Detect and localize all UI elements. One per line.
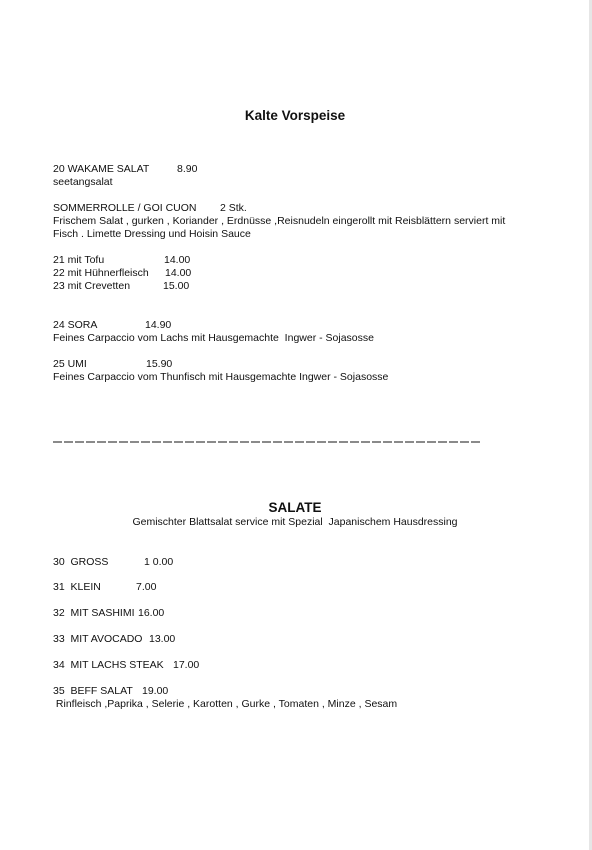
item-price: 1 0.00 xyxy=(144,556,173,569)
item-name: 30 GROSS xyxy=(53,556,108,569)
menu-page: Kalte Vorspeise 20 WAKAME SALAT 8.90 see… xyxy=(0,0,590,850)
item-name: 20 WAKAME SALAT xyxy=(53,163,149,176)
section-subtitle: Gemischter Blattsalat service mit Spezia… xyxy=(0,516,590,529)
item-price: 13.00 xyxy=(149,633,175,646)
item-price: 14.90 xyxy=(145,319,171,332)
variant-name: 23 mit Crevetten xyxy=(53,280,130,293)
item-price: 15.90 xyxy=(146,358,172,371)
item-price: 16.00 xyxy=(138,607,164,620)
item-description: seetangsalat xyxy=(53,176,113,189)
item-price: 8.90 xyxy=(177,163,197,176)
item-name: SOMMERROLLE / GOI CUON xyxy=(53,202,197,215)
item-name: 34 MIT LACHS STEAK xyxy=(53,659,164,672)
item-quantity: 2 Stk. xyxy=(220,202,247,215)
variant-price: 15.00 xyxy=(163,280,189,293)
item-price: 7.00 xyxy=(136,581,156,594)
item-description: Fisch . Limette Dressing und Hoisin Sauc… xyxy=(53,228,251,241)
item-name: 35 BEFF SALAT xyxy=(53,685,133,698)
item-description: Rinfleisch ,Paprika , Selerie , Karotten… xyxy=(53,698,397,711)
section-title-cold-starters: Kalte Vorspeise xyxy=(0,109,590,122)
item-price: 19.00 xyxy=(142,685,168,698)
item-description: Feines Carpaccio vom Thunfisch mit Hausg… xyxy=(53,371,388,384)
item-name: 24 SORA xyxy=(53,319,97,332)
section-divider xyxy=(53,441,480,443)
variant-price: 14.00 xyxy=(165,267,191,280)
item-description: Feines Carpaccio vom Lachs mit Hausgemac… xyxy=(53,332,374,345)
variant-price: 14.00 xyxy=(164,254,190,267)
item-name: 25 UMI xyxy=(53,358,87,371)
variant-name: 21 mit Tofu xyxy=(53,254,104,267)
item-name: 31 KLEIN xyxy=(53,581,101,594)
variant-name: 22 mit Hühnerfleisch xyxy=(53,267,149,280)
item-description: Frischem Salat , gurken , Koriander , Er… xyxy=(53,215,505,228)
section-title-salads: SALATE xyxy=(0,501,590,514)
item-name: 33 MIT AVOCADO xyxy=(53,633,142,646)
item-name: 32 MIT SASHIMI xyxy=(53,607,135,620)
item-price: 17.00 xyxy=(173,659,199,672)
